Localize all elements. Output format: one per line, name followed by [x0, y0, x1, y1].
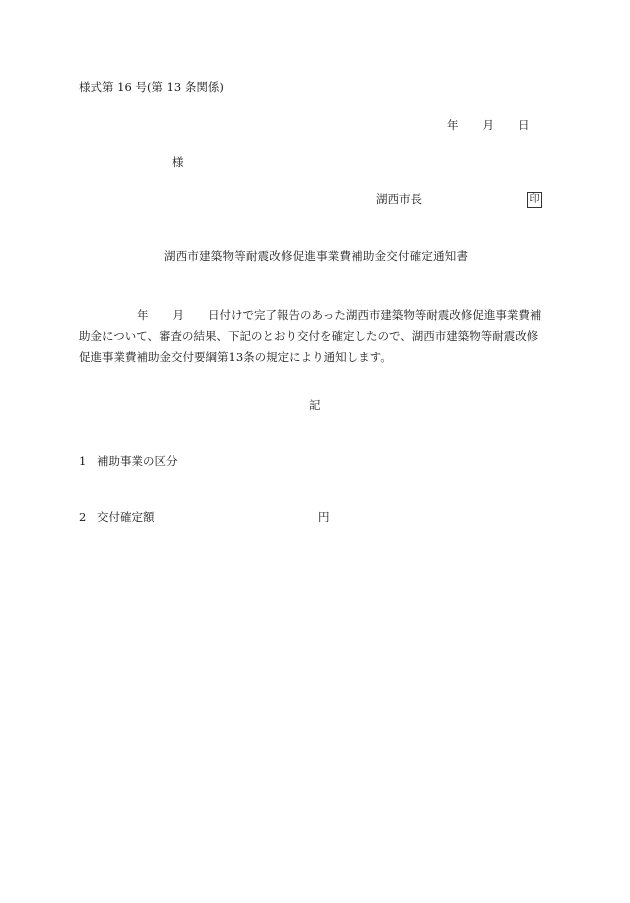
day-label: 日 — [518, 120, 530, 132]
ki-heading: 記 — [309, 400, 321, 412]
form-number: 様式第 16 号(第 13 条関係) — [79, 82, 224, 94]
item-number: 2 — [79, 512, 97, 524]
year-label: 年 — [447, 120, 459, 132]
item-number: 1 — [79, 456, 97, 468]
item-label: 補助事業の区分 — [97, 454, 178, 468]
seal-icon: 印 — [527, 192, 542, 208]
addressee-suffix: 様 — [172, 157, 184, 169]
document-page: 様式第 16 号(第 13 条関係) 年月日 様 湖西市長 印 湖西市建築物等耐… — [0, 0, 630, 903]
body-line-1: 年月日付けで完了報告のあった湖西市建築物等耐震改修促進事業費補 — [79, 305, 549, 326]
body-line-2: 助金について、審査の結果、下記のとおり交付を確定したので、湖西市建築物等耐震改修 — [79, 326, 549, 347]
issuer-name: 湖西市長 — [376, 194, 422, 206]
body-month-label: 月 — [173, 308, 185, 322]
item-label: 交付確定額 — [97, 510, 155, 524]
item-subsidy-category: 1補助事業の区分 — [79, 456, 178, 468]
month-label: 月 — [483, 120, 495, 132]
body-line-1-text: 日付けで完了報告のあった湖西市建築物等耐震改修促進事業費補 — [208, 308, 541, 322]
body-year-label: 年 — [137, 308, 149, 322]
body-paragraph: 年月日付けで完了報告のあった湖西市建築物等耐震改修促進事業費補 助金について、審… — [79, 305, 549, 368]
document-title: 湖西市建築物等耐震改修促進事業費補助金交付確定通知書 — [164, 251, 468, 263]
date-line: 年月日 — [447, 120, 530, 132]
body-line-3: 促進事業費補助金交付要綱第13条の規定により通知します。 — [79, 347, 549, 368]
yen-unit: 円 — [318, 512, 330, 524]
item-confirmed-amount: 2交付確定額 — [79, 512, 155, 524]
